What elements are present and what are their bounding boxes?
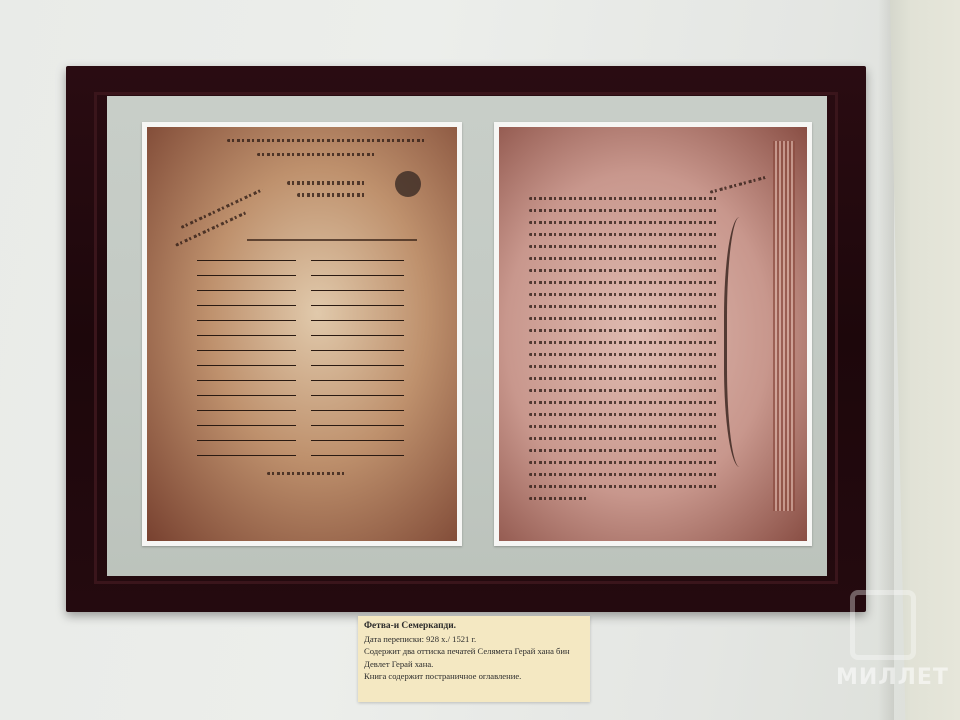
toc-row: [197, 297, 417, 313]
text-line: [529, 197, 719, 200]
manuscript-page-text: [499, 127, 807, 541]
toc-row: [197, 387, 417, 403]
toc-row: [197, 402, 417, 418]
toc-row: [197, 327, 417, 343]
label-title: Фетва-и Семеркапди.: [364, 620, 584, 633]
text-line: [529, 389, 719, 392]
margin-note: [175, 210, 249, 247]
text-line: [529, 377, 719, 380]
text-line: [529, 353, 719, 356]
text-line: [529, 437, 719, 440]
toc-row: [197, 417, 417, 433]
text-line: [529, 281, 719, 284]
text-line: [529, 449, 719, 452]
manuscript-print-right: [494, 122, 812, 546]
museum-label: Фетва-и Семеркапди. Дата переписки: 928 …: [358, 616, 590, 702]
margin-note: [710, 175, 769, 193]
label-toc-note: Книга содержит постраничное оглавление.: [364, 670, 584, 683]
text-line: [529, 305, 719, 308]
text-line: [529, 425, 719, 428]
toc-row: [197, 252, 417, 268]
text-line: [529, 245, 719, 248]
toc-row: [197, 342, 417, 358]
text-line: [529, 317, 719, 320]
title-calligraphy: [297, 193, 367, 197]
text-line: [529, 257, 719, 260]
text-line: [529, 341, 719, 344]
title-calligraphy: [287, 181, 367, 185]
page-edges: [773, 141, 795, 511]
toc-row: [197, 267, 417, 283]
toc-footer: [267, 472, 347, 475]
text-line: [529, 221, 719, 224]
toc-row: [197, 432, 417, 448]
header-inscription: [227, 139, 427, 142]
toc-row: [197, 282, 417, 298]
text-line: [529, 329, 719, 332]
toc-row: [197, 447, 417, 463]
text-line: [529, 209, 719, 212]
header-inscription: [257, 153, 377, 156]
text-line: [529, 293, 719, 296]
label-seals: Содержит два оттиска печатей Селямета Ге…: [364, 645, 584, 670]
text-line: [529, 269, 719, 272]
toc-heading-rule: [247, 239, 417, 241]
watermark-logo-icon: [850, 590, 916, 660]
manuscript-page-toc: [147, 127, 457, 541]
label-date: Дата переписки: 928 х./ 1521 г.: [364, 633, 584, 646]
watermark-text: МИЛЛЕТ: [836, 665, 949, 690]
text-line: [529, 365, 719, 368]
text-line: [529, 497, 589, 500]
text-line: [529, 473, 719, 476]
text-line: [529, 233, 719, 236]
seal-impression: [395, 171, 421, 197]
text-line: [529, 461, 719, 464]
marginal-calligraphy: [724, 217, 763, 467]
text-line: [529, 485, 719, 488]
toc-row: [197, 312, 417, 328]
text-line: [529, 413, 719, 416]
toc-row: [197, 357, 417, 373]
text-line: [529, 401, 719, 404]
toc-row: [197, 372, 417, 388]
manuscript-print-left: [142, 122, 462, 546]
